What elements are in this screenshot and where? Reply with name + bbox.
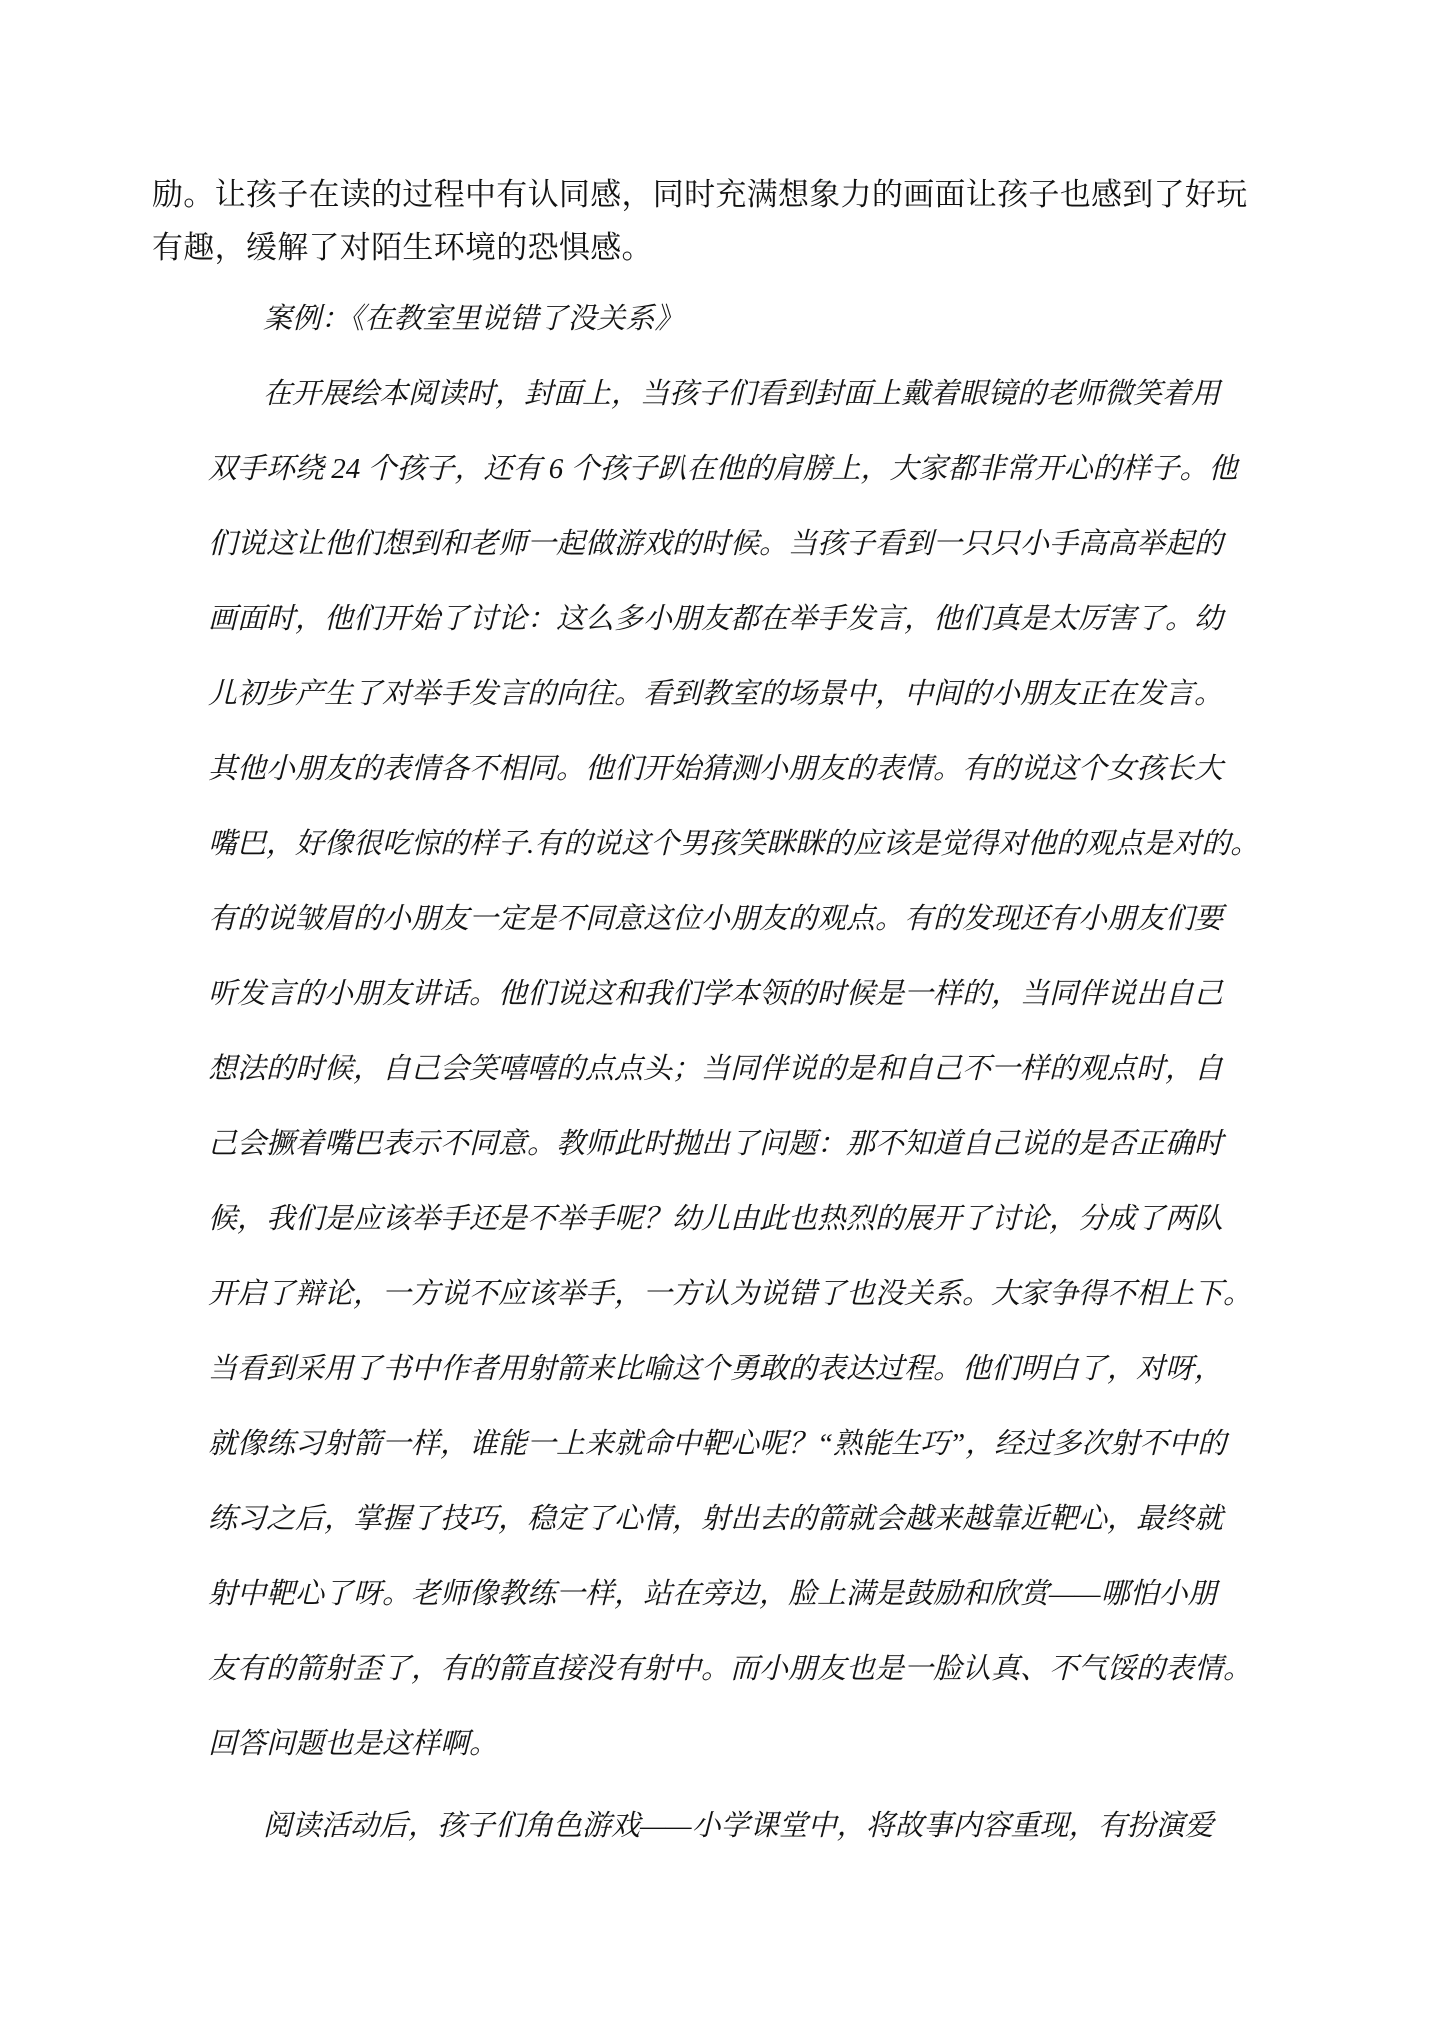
text-line: 听发言的小朋友讲话。他们说这和我们学本领的时候是一样的，当同伴说出自己: [208, 957, 1288, 1032]
document-page: 励。让孩子在读的过程中有认同感，同时充满想象力的画面让孩子也感到了好玩有趣，缓解…: [0, 0, 1438, 2034]
text-line: 当看到采用了书中作者用射箭来比喻这个勇敢的表达过程。他们明白了，对呀，: [208, 1332, 1288, 1407]
text-line: 有的说皱眉的小朋友一定是不同意这位小朋友的观点。有的发现还有小朋友们要: [208, 882, 1288, 957]
text-line: 有趣，缓解了对陌生环境的恐惧感。: [152, 221, 1288, 274]
paragraph-case-title: 案例：《在教室里说错了没关系》: [208, 282, 1288, 357]
text-line: 候，我们是应该举手还是不举手呢？幼儿由此也热烈的展开了讨论，分成了两队: [208, 1182, 1288, 1257]
text-line: 案例：《在教室里说错了没关系》: [208, 282, 1288, 357]
text-line: 想法的时候，自己会笑嘻嘻的点点头；当同伴说的是和自己不一样的观点时，自: [208, 1032, 1288, 1107]
paragraph-intro-continuation: 励。让孩子在读的过程中有认同感，同时充满想象力的画面让孩子也感到了好玩有趣，缓解…: [152, 168, 1288, 274]
text-line: 儿初步产生了对举手发言的向往。看到教室的场景中，中间的小朋友正在发言。: [208, 657, 1288, 732]
text-line: 其他小朋友的表情各不相同。他们开始猜测小朋友的表情。有的说这个女孩长大: [208, 732, 1288, 807]
text-line: 在开展绘本阅读时，封面上，当孩子们看到封面上戴着眼镜的老师微笑着用: [208, 357, 1288, 432]
text-line: 开启了辩论，一方说不应该举手，一方认为说错了也没关系。大家争得不相上下。: [208, 1257, 1288, 1332]
document-body: 励。让孩子在读的过程中有认同感，同时充满想象力的画面让孩子也感到了好玩有趣，缓解…: [152, 168, 1288, 1864]
text-line: 练习之后，掌握了技巧，稳定了心情，射出去的箭就会越来越靠近靶心，最终就: [208, 1482, 1288, 1557]
text-line: 阅读活动后，孩子们角色游戏——小学课堂中，将故事内容重现，有扮演爱: [208, 1789, 1288, 1864]
paragraph-case-body: 在开展绘本阅读时，封面上，当孩子们看到封面上戴着眼镜的老师微笑着用双手环绕 24…: [208, 357, 1288, 1782]
text-line: 回答问题也是这样啊。: [208, 1707, 1288, 1782]
text-line: 射中靶心了呀。老师像教练一样，站在旁边，脸上满是鼓励和欣赏——哪怕小朋: [208, 1557, 1288, 1632]
text-line: 双手环绕 24 个孩子，还有 6 个孩子趴在他的肩膀上，大家都非常开心的样子。他: [208, 432, 1288, 507]
text-line: 己会撅着嘴巴表示不同意。教师此时抛出了问题：那不知道自己说的是否正确时: [208, 1107, 1288, 1182]
text-line: 嘴巴，好像很吃惊的样子.有的说这个男孩笑眯眯的应该是觉得对他的观点是对的。: [208, 807, 1288, 882]
text-line: 就像练习射箭一样，谁能一上来就命中靶心呢？“熟能生巧”，经过多次射不中的: [208, 1407, 1288, 1482]
text-line: 们说这让他们想到和老师一起做游戏的时候。当孩子看到一只只小手高高举起的: [208, 507, 1288, 582]
paragraph-reading-activity: 阅读活动后，孩子们角色游戏——小学课堂中，将故事内容重现，有扮演爱: [208, 1789, 1288, 1864]
text-line: 励。让孩子在读的过程中有认同感，同时充满想象力的画面让孩子也感到了好玩: [152, 168, 1288, 221]
text-line: 友有的箭射歪了，有的箭直接没有射中。而小朋友也是一脸认真、不气馁的表情。: [208, 1632, 1288, 1707]
text-line: 画面时，他们开始了讨论：这么多小朋友都在举手发言，他们真是太厉害了。幼: [208, 582, 1288, 657]
